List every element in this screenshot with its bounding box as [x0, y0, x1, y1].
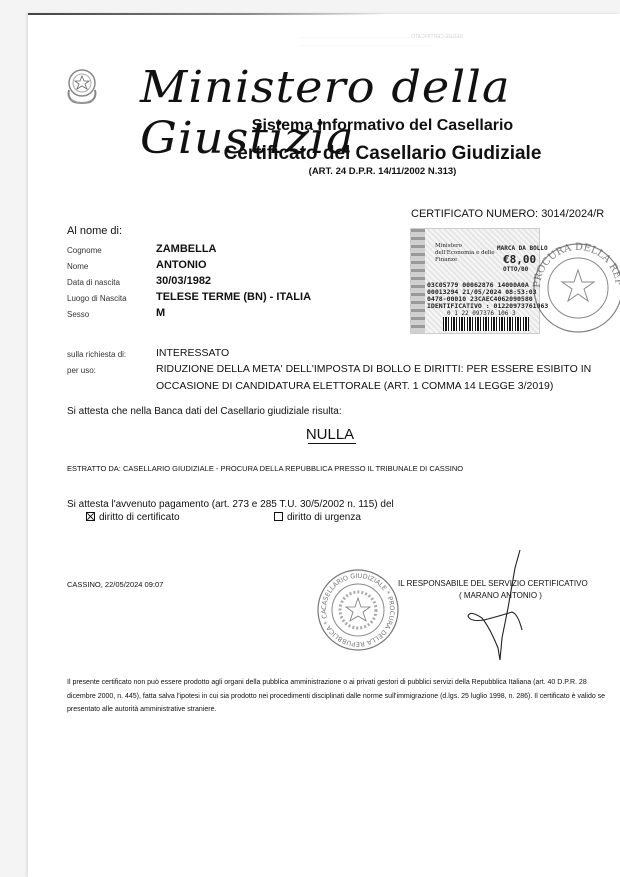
system-name: Sistema Informativo del Casellario [0, 117, 620, 135]
attestation-text: Si attesta che nella Banca dati del Case… [67, 406, 342, 417]
value-birth-place: TELESE TERME (BN) - ITALIA [156, 291, 311, 303]
option-certificate-fee: diritto di certificato [86, 512, 180, 523]
stamp-security-strip [411, 229, 425, 333]
value-name: ANTONIO [156, 259, 207, 271]
requested-by-value: INTERESSATO [156, 347, 229, 359]
scan-edge [28, 13, 388, 15]
barcode [443, 317, 529, 331]
checkbox-checked-icon [86, 512, 95, 521]
document-title: Certificato del Casellario Giudiziale [0, 143, 620, 165]
place-and-date: CASSINO, 22/05/2024 09:07 [67, 580, 163, 589]
checkbox-empty-icon [274, 512, 283, 521]
extract-source: ESTRATTO DA: CASELLARIO GIUDIZIALE - PRO… [67, 464, 463, 473]
person-heading: Al nome di: [67, 225, 122, 237]
tribunal-seal-stamp: CASELLARIO GIUDIZIALE * PROCURA DELLA RE… [316, 568, 400, 652]
requested-by-label: sulla richiesta di: [67, 350, 126, 359]
label-name: Nome [67, 262, 88, 271]
italian-republic-emblem-icon [64, 66, 100, 106]
legal-footer: Il presente certificato non può essere p… [67, 676, 607, 717]
certificate-number: CERTIFICATO NUMERO: 3014/2024/R [411, 208, 604, 220]
use-label: per uso: [67, 366, 96, 375]
value-sex: M [156, 307, 165, 319]
legal-reference: (ART. 24 D.P.R. 14/11/2002 N.313) [0, 166, 620, 177]
label-birth-date: Data di nascita [67, 278, 120, 287]
procura-seal-stamp: PROCURA DELLA REPUBBLICA [528, 238, 620, 338]
record-result: NULLA [0, 426, 620, 443]
label-birth-place: Luogo di Nascita [67, 294, 127, 303]
use-value-line1: RIDUZIONE DELLA META' DELL'IMPOSTA DI BO… [156, 363, 591, 375]
label-surname: Cognome [67, 246, 102, 255]
bleed-through-text: . . . . . . . . . . . . . . . . . . . . … [300, 42, 432, 48]
label-sex: Sesso [67, 310, 89, 319]
value-birth-date: 30/03/1982 [156, 275, 211, 287]
payment-attestation: Si attesta l'avvenuto pagamento (art. 27… [67, 499, 394, 510]
revenue-stamp: Ministero dell'Economia e delle Finanze … [410, 228, 540, 334]
result-underline [308, 443, 356, 444]
handwritten-signature [460, 548, 530, 663]
value-surname: ZAMBELLA [156, 243, 217, 255]
bleed-through-text: SEGUE CERTIFICATO . . . . . . . . . . . … [300, 34, 463, 40]
use-value-line2: OCCASIONE DI CANDIDATURA ELETTORALE (ART… [156, 380, 553, 392]
option-urgency-fee: diritto di urgenza [274, 512, 361, 523]
